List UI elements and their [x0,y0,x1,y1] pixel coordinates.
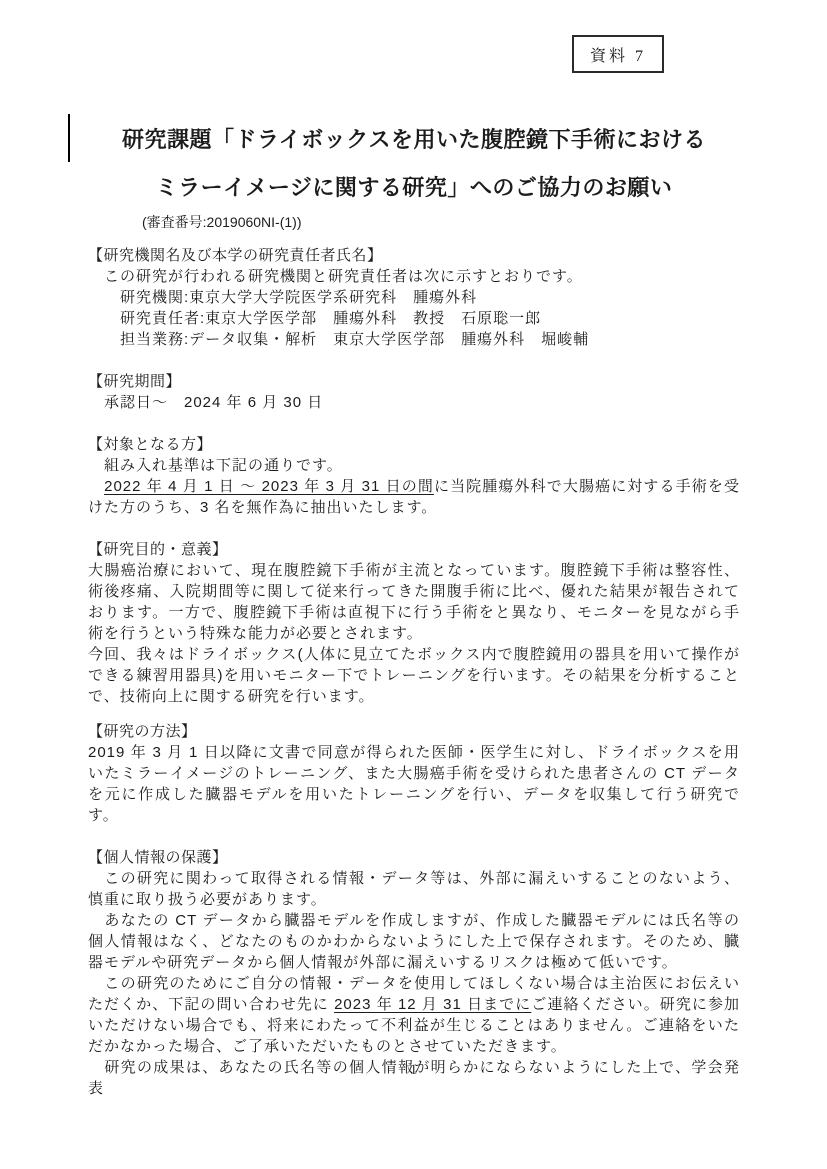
paragraph: 今回、我々はドライボックス(人体に見立てたボックス内で腹腔鏡用の器具を用いて操作… [88,644,740,707]
underlined-deadline-date: 2023 年 12 月 31 日までに [334,996,531,1013]
page-number: 1 [0,1062,827,1079]
paragraph: 研究責任者:東京大学医学部 腫瘍外科 教授 石原聡一郎 [88,308,740,329]
material-number-box: 資料 7 [572,35,664,73]
text-run: この研究が行われる研究機関と研究責任者は次に示すとおりです。 [88,268,583,285]
text-run: 2019 年 3 月 1 日以降に文書で同意が得られた医師・医学生に対し、ドライ… [88,744,740,824]
section-eligible-subjects: 【対象となる方】 組み入れ基準は下記の通りです。 2022 年 4 月 1 日 … [88,434,740,518]
paragraph: 研究機関:東京大学大学院医学系研究科 腫瘍外科 [88,287,740,308]
paragraph-with-underline: 2022 年 4 月 1 日 ～ 2023 年 3 月 31 日の間に当院腫瘍外… [88,476,740,518]
text-run: 研究機関:東京大学大学院医学系研究科 腫瘍外科 [88,289,477,306]
text-run: 大腸癌治療において、現在腹腔鏡下手術が主流となっています。腹腔鏡下手術は整容性、… [88,562,740,642]
review-number: (審査番号:2019060NI-(1)) [88,212,740,233]
paragraph: 担当業務:データ収集・解析 東京大学医学部 腫瘍外科 堀峻輔 [88,329,740,350]
paragraph: 承認日～ 2024 年 6 月 30 日 [88,392,740,413]
section-heading: 【個人情報の保護】 [88,847,740,868]
text-run: この研究に関わって取得される情報・データ等は、外部に漏えいすることのないよう、慎… [88,870,740,908]
section-research-institution: 【研究機関名及び本学の研究責任者氏名】 この研究が行われる研究機関と研究責任者は… [88,245,740,350]
section-research-method: 【研究の方法】 2019 年 3 月 1 日以降に文書で同意が得られた医師・医学… [88,721,740,826]
section-heading: 【研究期間】 [88,371,740,392]
text-run: 今回、我々はドライボックス(人体に見立てたボックス内で腹腔鏡用の器具を用いて操作… [88,646,740,705]
paragraph: 組み入れ基準は下記の通りです。 [88,455,740,476]
paragraph: あなたの CT データから臓器モデルを作成しますが、作成した臓器モデルには氏名等… [88,910,740,973]
paragraph: 2019 年 3 月 1 日以降に文書で同意が得られた医師・医学生に対し、ドライ… [88,742,740,826]
text-run: 担当業務:データ収集・解析 東京大学医学部 腫瘍外科 堀峻輔 [88,331,589,348]
section-heading: 【研究機関名及び本学の研究責任者氏名】 [88,245,740,266]
underlined-date-range: 2022 年 4 月 1 日 ～ 2023 年 3 月 31 日の間 [104,478,434,495]
section-heading: 【対象となる方】 [88,434,740,455]
text-run: あなたの CT データから臓器モデルを作成しますが、作成した臓器モデルには氏名等… [88,912,740,971]
revision-mark-bar [68,114,70,162]
document-content: 研究課題「ドライボックスを用いた腹腔鏡下手術における ミラーイメージに関する研究… [88,116,740,1099]
title-line-1: 研究課題「ドライボックスを用いた腹腔鏡下手術における [88,116,740,164]
text-run: 組み入れ基準は下記の通りです。 [88,457,343,474]
section-research-purpose: 【研究目的・意義】 大腸癌治療において、現在腹腔鏡下手術が主流となっています。腹… [88,539,740,707]
paragraph: この研究に関わって取得される情報・データ等は、外部に漏えいすることのないよう、慎… [88,868,740,910]
text-run [88,478,104,495]
text-run: 承認日～ 2024 年 6 月 30 日 [88,394,323,411]
title-line-2: ミラーイメージに関する研究」へのご協力のお願い [88,164,740,212]
paragraph: この研究が行われる研究機関と研究責任者は次に示すとおりです。 [88,266,740,287]
material-number-label: 資料 7 [590,43,646,66]
text-run: 研究責任者:東京大学医学部 腫瘍外科 教授 石原聡一郎 [88,310,541,327]
section-research-period: 【研究期間】 承認日～ 2024 年 6 月 30 日 [88,371,740,413]
document-title: 研究課題「ドライボックスを用いた腹腔鏡下手術における ミラーイメージに関する研究… [88,116,740,212]
document-page: 資料 7 研究課題「ドライボックスを用いた腹腔鏡下手術における ミラーイメージに… [0,0,827,1169]
section-heading: 【研究目的・意義】 [88,539,740,560]
paragraph-with-underline: この研究のためにご自分の情報・データを使用してほしくない場合は主治医にお伝えいた… [88,973,740,1057]
section-heading: 【研究の方法】 [88,721,740,742]
paragraph: 大腸癌治療において、現在腹腔鏡下手術が主流となっています。腹腔鏡下手術は整容性、… [88,560,740,644]
